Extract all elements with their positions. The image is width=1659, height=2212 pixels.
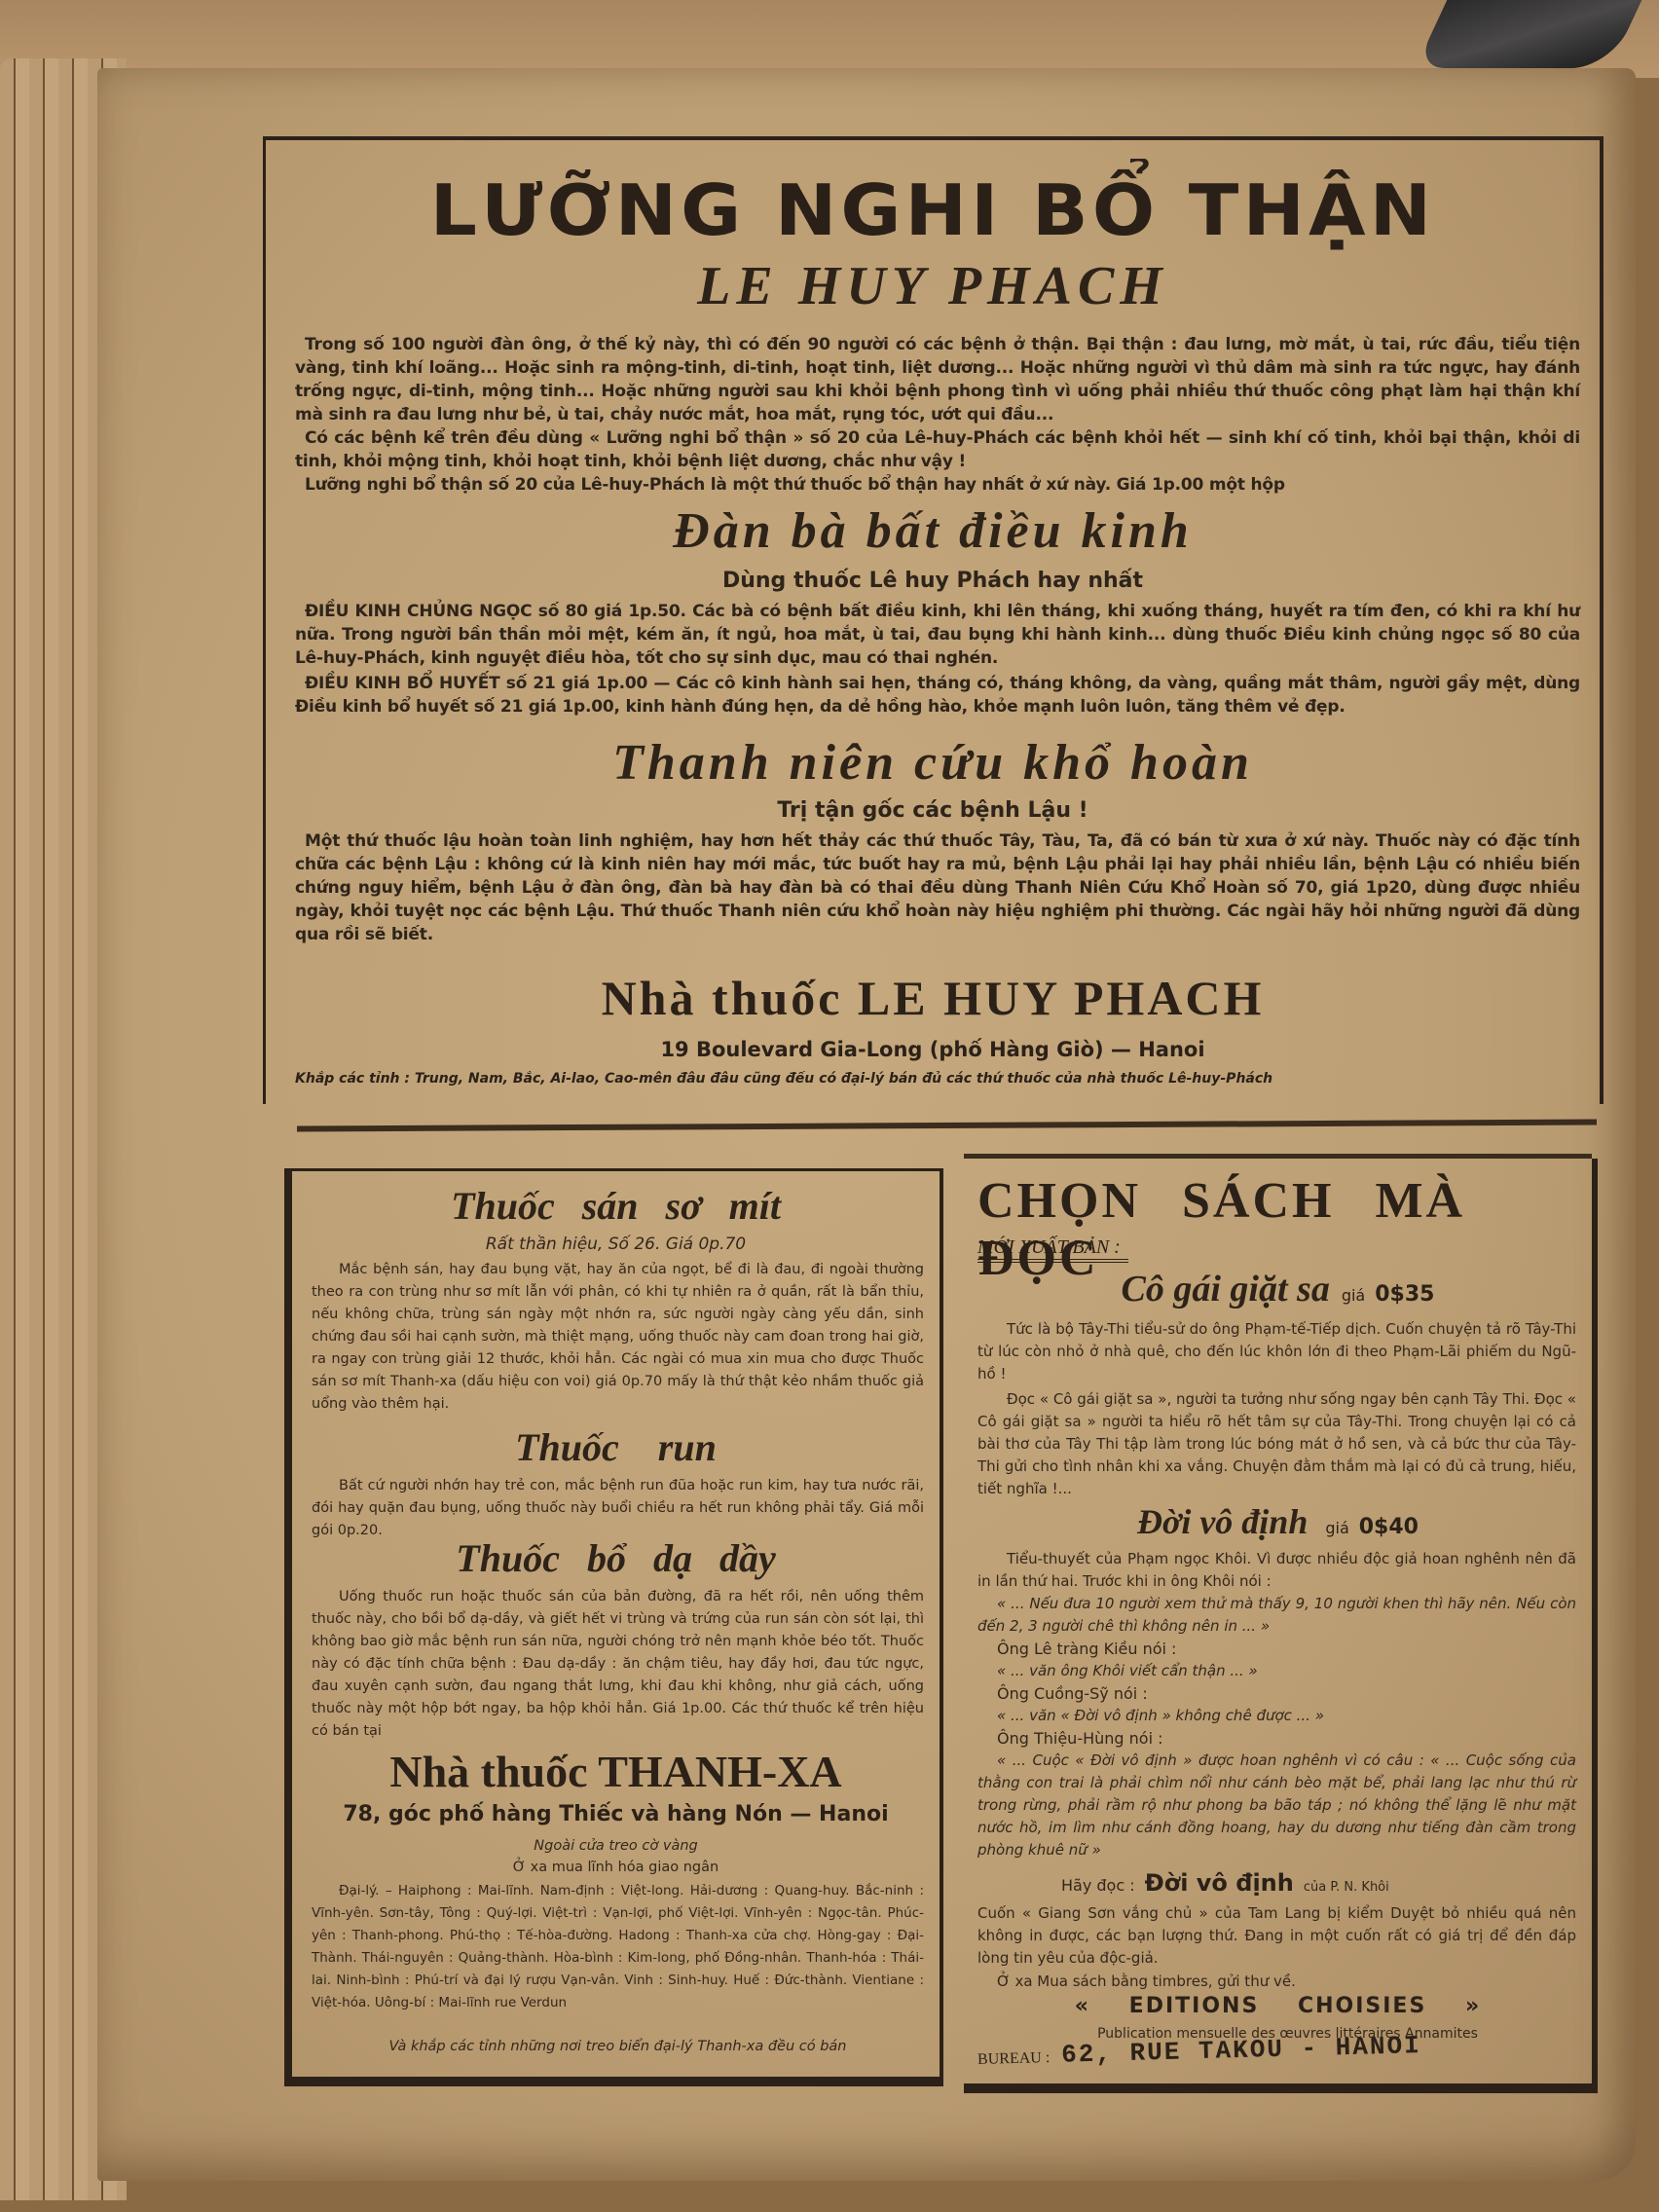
price-label: giá bbox=[1325, 1519, 1348, 1537]
read-prompt-prefix: Hãy đọc : bbox=[1061, 1876, 1135, 1895]
bo-da-day-paragraph: Uống thuốc run hoặc thuốc sán của bản đư… bbox=[312, 1586, 924, 1743]
speaker-le-trang-kieu: Ông Lê tràng Kiều nói : bbox=[997, 1638, 1176, 1660]
cure-paragraph: Có các bệnh kể trên đều dùng « Lưỡng ngh… bbox=[295, 426, 1580, 473]
advertisement-le-huy-phach: LƯỠNG NGHI BỔ THẬN LE HUY PHACH Trong số… bbox=[263, 136, 1604, 1104]
section-subheading-dieu-kinh: Dùng thuốc Lê huy Phách hay nhất bbox=[266, 569, 1600, 593]
censorship-notice: Cuốn « Giang Sơn vắng chủ » của Tam Lang… bbox=[977, 1902, 1576, 1970]
thuoc-run-paragraph: Bất cứ người nhớn hay trẻ con, mắc bệnh … bbox=[312, 1475, 924, 1542]
new-release-label: MỚI XUẤT BẢN : bbox=[977, 1236, 1128, 1263]
thanh-nien-paragraph: Một thứ thuốc lậu hoàn toàn linh nghiệm,… bbox=[295, 829, 1580, 946]
san-so-mit-paragraph: Mắc bệnh sán, hay đau bụng vặt, hay ăn c… bbox=[312, 1259, 924, 1416]
quote-khoi: « ... Nếu đưa 10 người xem thử mà thấy 9… bbox=[977, 1593, 1576, 1638]
book-title-row-1: Cô gái giặt sa giá 0$35 bbox=[964, 1268, 1592, 1310]
price-line: Lưỡng nghi bổ thận số 20 của Lê-huy-Phác… bbox=[305, 473, 1580, 497]
read-prompt: Hãy đọc : Đời vô định của P. N. Khôi bbox=[1061, 1869, 1389, 1899]
ad-title: LƯỠNG NGHI BỔ THẬN bbox=[233, 169, 1634, 251]
read-prompt-title: Đời vô định bbox=[1145, 1869, 1294, 1897]
product-tagline: Rất thần hiệu, Số 26. Giá 0p.70 bbox=[292, 1234, 940, 1256]
book1-paragraph1: Tức là bộ Tây-Thi tiểu-sử do ông Phạm-tế… bbox=[977, 1318, 1576, 1385]
speaker-cuong-sy: Ông Cuồng-Sỹ nói : bbox=[997, 1682, 1148, 1705]
shop-name: Nhà thuốc LE HUY PHACH bbox=[266, 970, 1600, 1026]
mail-order-note: Ở xa mua lĩnh hóa giao ngân bbox=[292, 1857, 940, 1879]
shop-name-thanh-xa: Nhà thuốc THANH-XA bbox=[292, 1746, 940, 1797]
book-price: 0$35 bbox=[1375, 1282, 1434, 1307]
price-label: giá bbox=[1342, 1286, 1365, 1305]
book2-intro: Tiểu-thuyết của Phạm ngọc Khôi. Vì được … bbox=[977, 1548, 1576, 1593]
quote-le-trang-kieu: « ... văn ông Khôi viết cẩn thận ... » bbox=[997, 1660, 1258, 1682]
product-heading-bo-da-day: Thuốc bổ dạ dầy bbox=[292, 1535, 940, 1581]
agents-list: Đại-lý. – Haiphong : Mai-lĩnh. Nam-định … bbox=[312, 1880, 924, 2014]
sign-note: Ngoài cửa treo cờ vàng bbox=[292, 1835, 940, 1858]
shop-address: 19 Boulevard Gia-Long (phố Hàng Giò) — H… bbox=[266, 1038, 1600, 1061]
section-subheading-thanh-nien: Trị tận gốc các bệnh Lậu ! bbox=[266, 798, 1600, 823]
shop-address-thanh-xa: 78, góc phố hàng Thiếc và hàng Nón — Han… bbox=[292, 1802, 940, 1826]
product-heading-thuoc-run: Thuốc run bbox=[292, 1424, 940, 1470]
book-title: Cô gái giặt sa bbox=[1122, 1269, 1330, 1309]
book1-paragraph2: Đọc « Cô gái giặt sa », người ta tưởng n… bbox=[977, 1388, 1576, 1500]
quote-cuong-sy: « ... văn « Đời vô định » không chê được… bbox=[997, 1705, 1324, 1727]
section-heading-dieu-kinh: Đàn bà bất điều kinh bbox=[266, 502, 1600, 560]
publisher-name: « EDITIONS CHOISIES » bbox=[964, 1994, 1592, 2018]
section-heading-thanh-nien: Thanh niên cứu khổ hoàn bbox=[266, 734, 1600, 792]
closing-line: Và khắp các tỉnh những nơi treo biển đại… bbox=[312, 2036, 924, 2058]
agents-line: Khắp các tỉnh : Trung, Nam, Bắc, Ai-lao,… bbox=[295, 1071, 1590, 1087]
mail-order-line: Ở xa Mua sách bằng timbres, gửi thư về. bbox=[997, 1971, 1296, 1993]
quote-thieu-hung: « ... Cuộc « Đời vô định » được hoan ngh… bbox=[977, 1750, 1576, 1862]
advertisement-editions-choisies: CHỌN SÁCH MÀ ĐỌC MỚI XUẤT BẢN : Cô gái g… bbox=[964, 1159, 1598, 2093]
dieu-kinh-bo-huyet-paragraph: ĐIỀU KINH BỔ HUYẾT số 21 giá 1p.00 — Các… bbox=[295, 672, 1580, 719]
product-heading-san-so-mit: Thuốc sán sơ mít bbox=[292, 1183, 940, 1229]
intro-paragraph: Trong số 100 người đàn ông, ở thế kỷ này… bbox=[295, 333, 1580, 426]
background-surface bbox=[0, 0, 1659, 78]
advertisement-thanh-xa: Thuốc sán sơ mít Rất thần hiệu, Số 26. G… bbox=[284, 1168, 943, 2086]
ad-brand-subtitle: LE HUY PHACH bbox=[266, 255, 1600, 317]
book-price: 0$40 bbox=[1359, 1515, 1419, 1539]
book-title: Đời vô định bbox=[1137, 1502, 1308, 1541]
speaker-thieu-hung: Ông Thiệu-Hùng nói : bbox=[997, 1727, 1163, 1750]
dieu-kinh-chung-ngoc-paragraph: ĐIỀU KINH CHỦNG NGỌC số 80 giá 1p.50. Cá… bbox=[295, 600, 1580, 670]
bureau-label: BUREAU : bbox=[977, 2049, 1051, 2068]
book-title-row-2: Đời vô định giá 0$40 bbox=[964, 1501, 1592, 1542]
read-prompt-author: của P. N. Khôi bbox=[1304, 1880, 1389, 1895]
